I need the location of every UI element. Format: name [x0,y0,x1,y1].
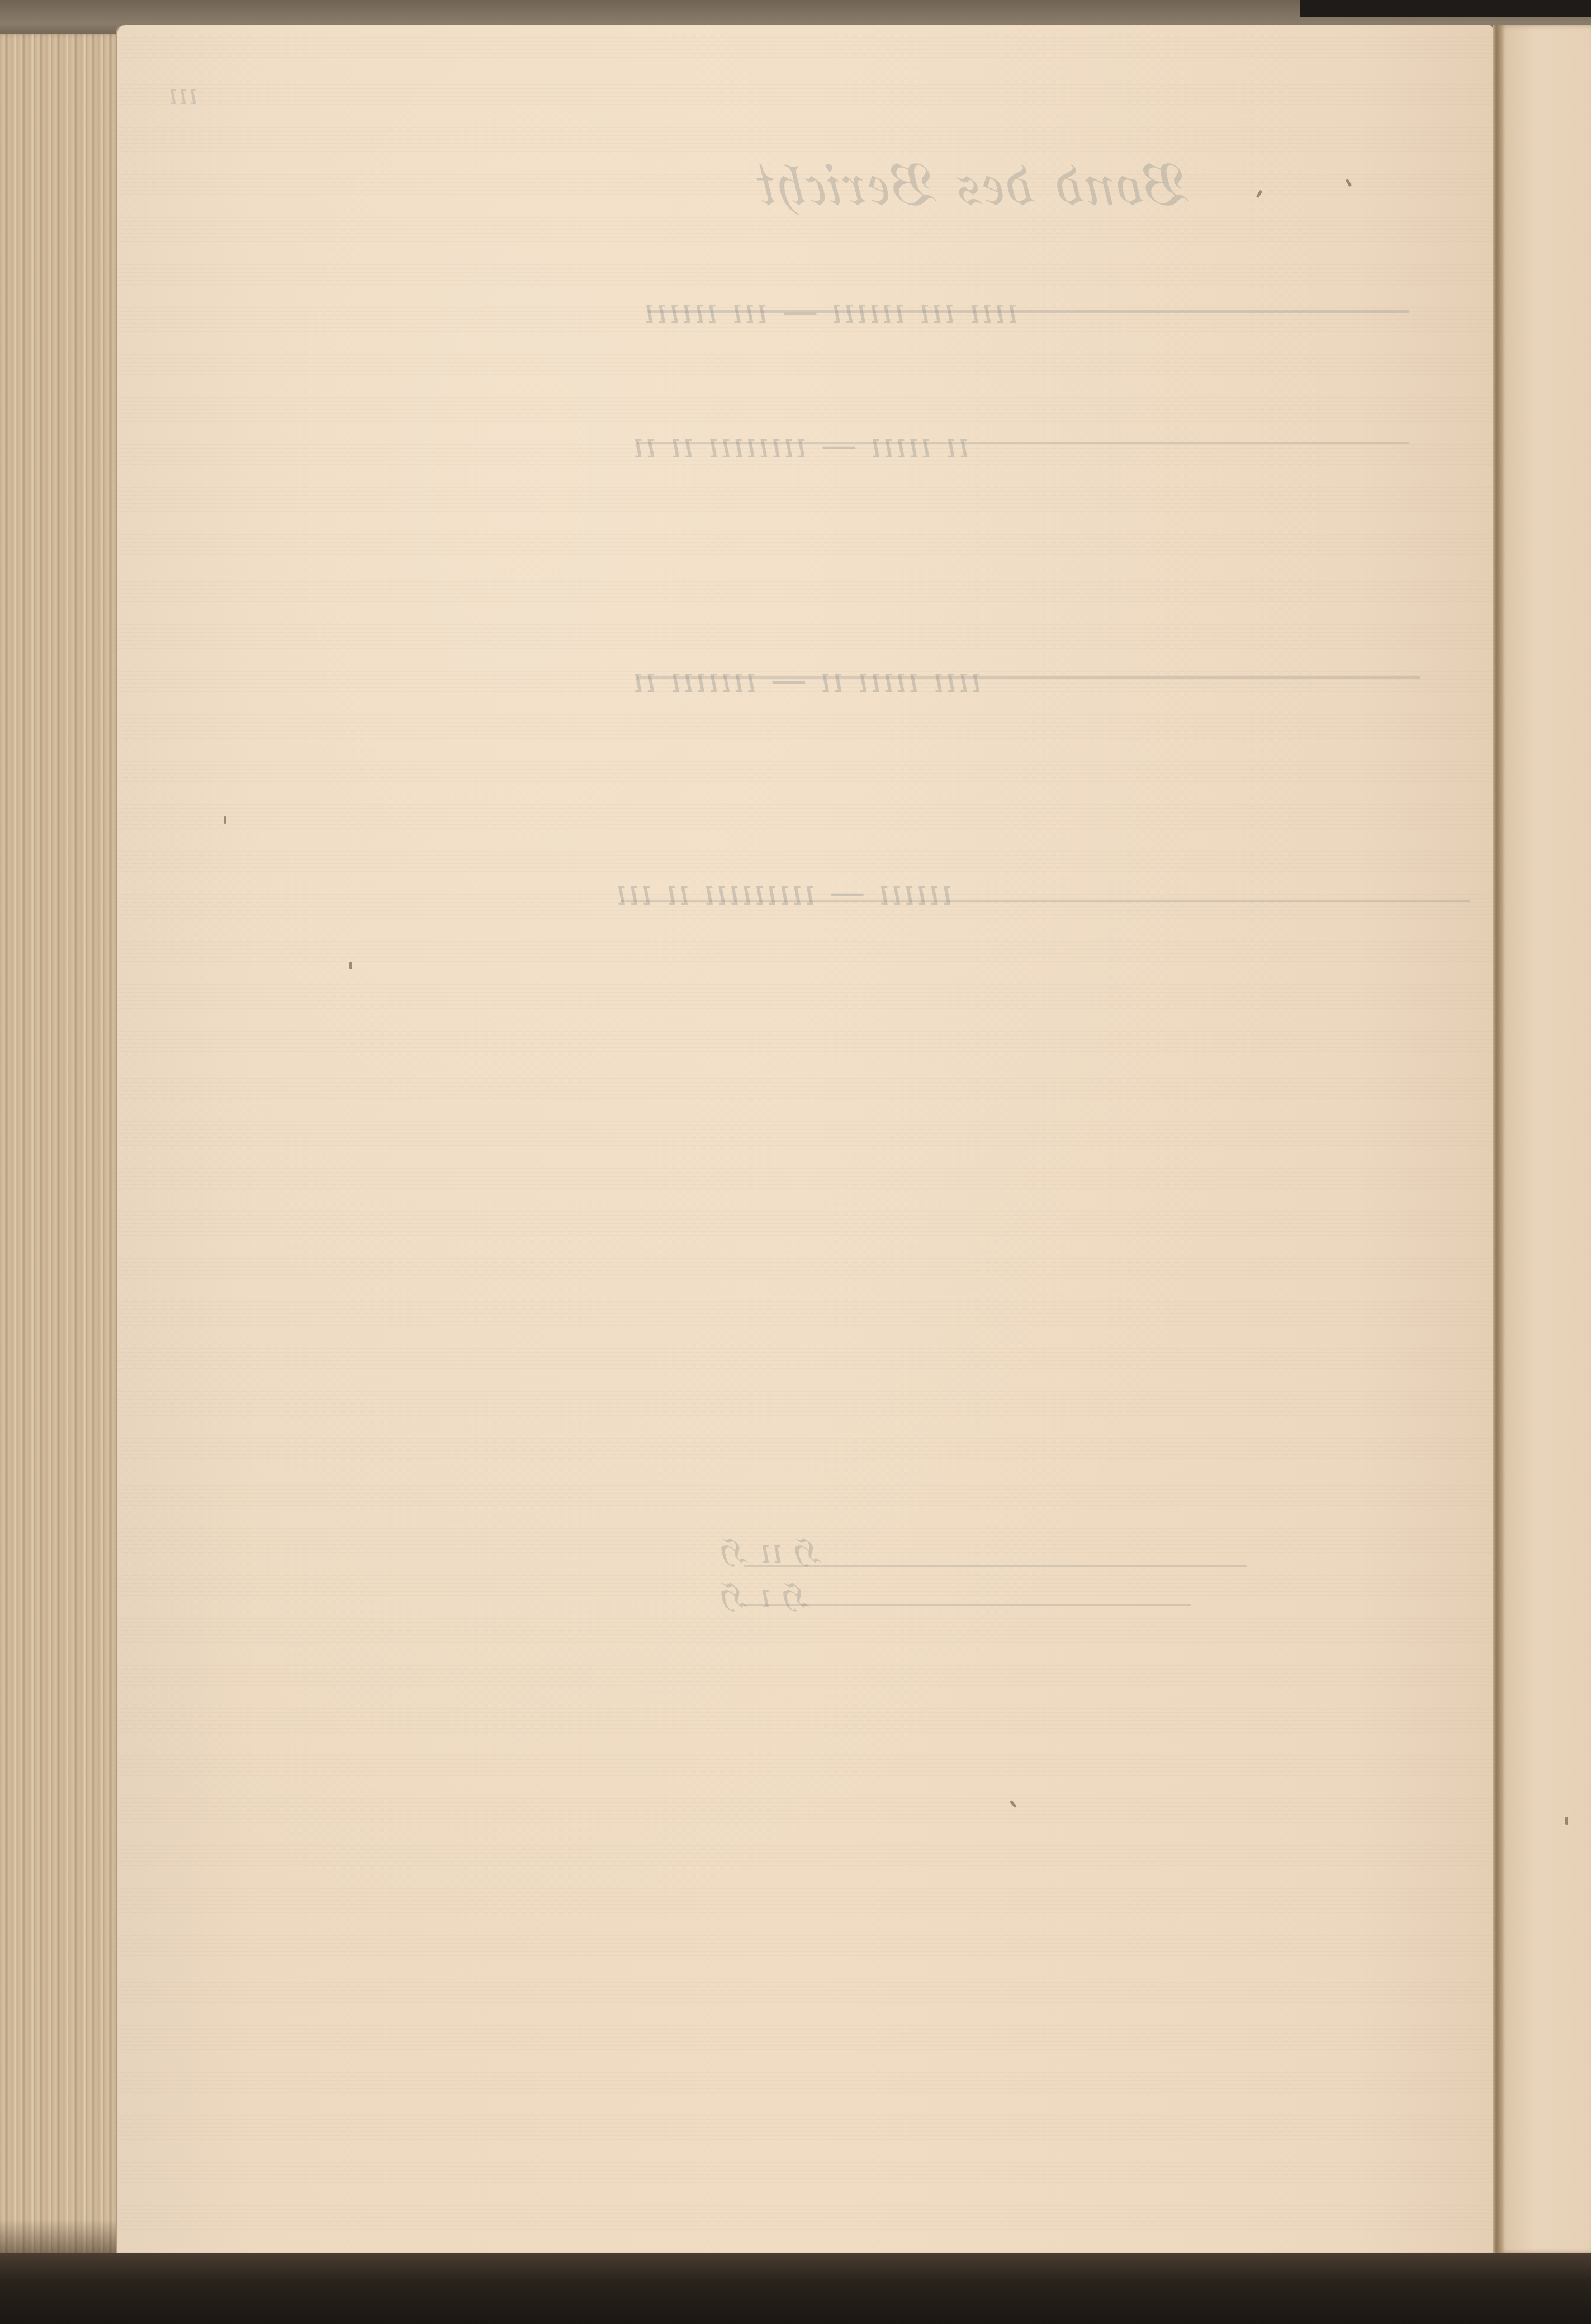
scan-background-bottom [0,2253,1591,2324]
bleed-through-signature: ℌ ıı ℌ [721,1532,821,1571]
page-edge-stack [0,34,131,2264]
bleed-through-text-line: ıı ııııı — ıııııııı ıı ıı [632,425,970,466]
bleed-through-text-line: ıııııı — ııııııııı ıı ııı [615,872,953,913]
paper-speck [349,962,352,969]
facing-page-edge [1498,25,1591,2253]
paper-speck [1565,1817,1568,1825]
bleed-through-text-line: ıııı ııı ıııııı — ııı ıııııı [643,291,1019,332]
bleed-through-text-line: ıııı ııııı ıı — ııııııı ıı [632,660,982,701]
bleed-through-page-number: ııı [168,78,198,111]
book-cover-edge [1300,0,1591,17]
book-page [117,25,1493,2253]
bleed-through-signature: ℌ ı ℌ [721,1577,809,1616]
bleed-through-line [744,1604,1191,1606]
bleed-through-heading: 𝔅𝔬𝔫𝔡 𝔡𝔢𝔰 𝔅𝔢𝔯𝔦𝔠𝔥𝔱 [760,148,1192,221]
paper-speck [224,816,226,824]
